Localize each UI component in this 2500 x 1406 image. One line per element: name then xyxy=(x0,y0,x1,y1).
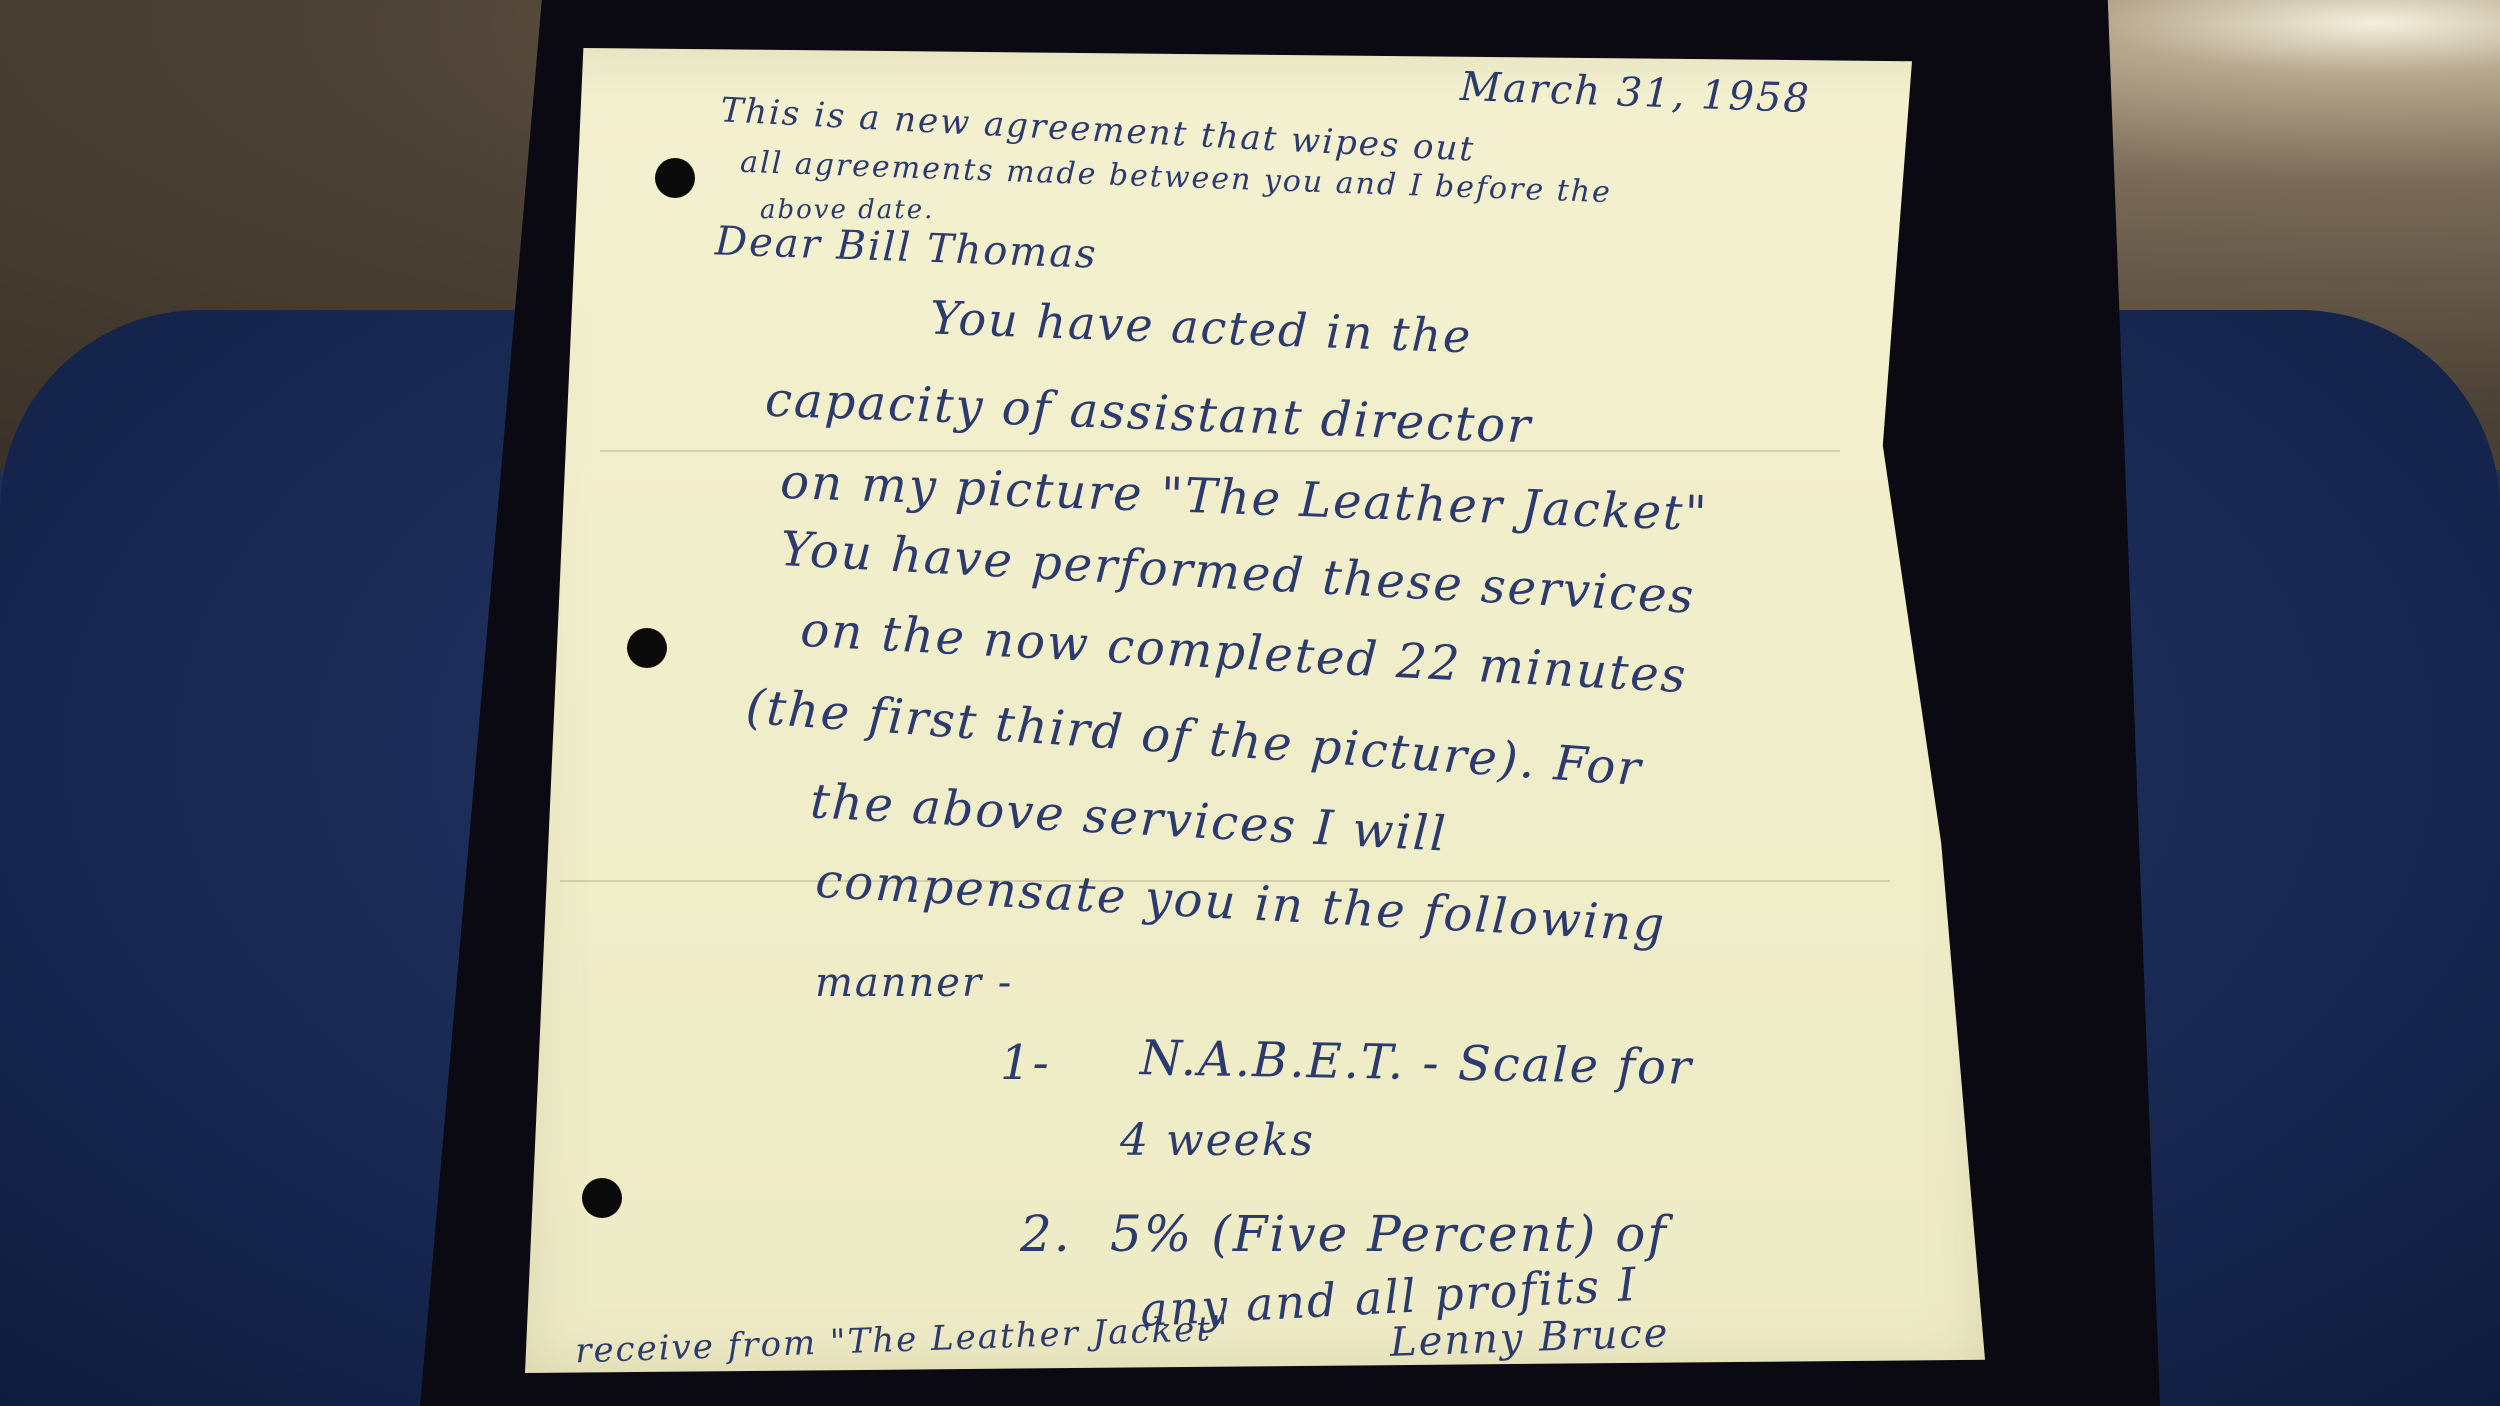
term-1-text: N.A.B.E.T. - Scale for xyxy=(1140,1030,1694,1096)
signature: Lenny Bruce xyxy=(1389,1310,1670,1366)
binder-hole-bottom xyxy=(582,1178,622,1218)
binder-hole-top xyxy=(655,158,695,198)
term-2-number: 2. xyxy=(1020,1205,1072,1263)
fold-crease xyxy=(600,450,1840,452)
letter-body-line: manner - xyxy=(815,960,1013,1006)
term-2-text: 5% (Five Percent) of xyxy=(1110,1205,1668,1263)
binder-hole-middle xyxy=(627,628,667,668)
term-1-continuation: 4 weeks xyxy=(1120,1115,1315,1166)
term-1-number: 1- xyxy=(1000,1035,1051,1091)
